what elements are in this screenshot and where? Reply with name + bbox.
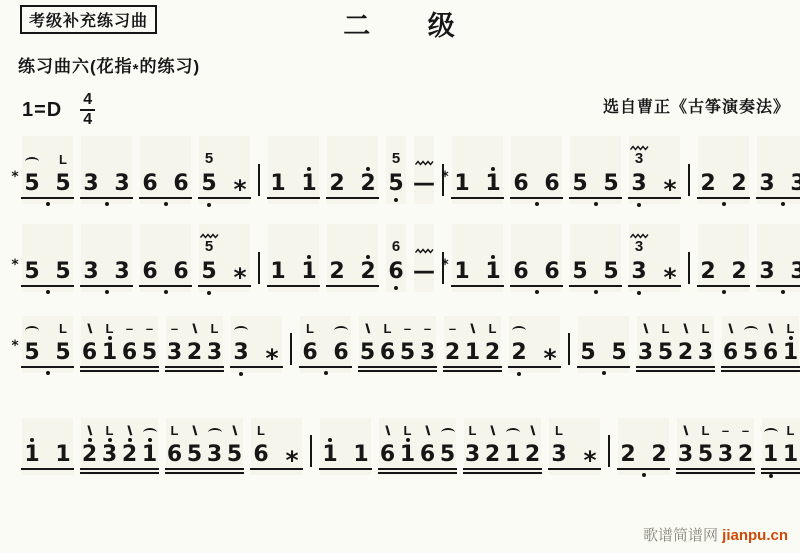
octave-dot-below	[46, 290, 50, 294]
note-digit: 1	[322, 443, 337, 467]
note: \6	[81, 316, 98, 365]
note-group: \2L3\21	[81, 418, 158, 475]
note-annotations: \	[491, 418, 495, 437]
note: –6	[121, 316, 138, 365]
fingering-gou-icon	[334, 326, 348, 335]
barline	[310, 435, 312, 467]
note-digit: 3	[83, 260, 98, 284]
note-digit: 1	[353, 443, 368, 467]
note-group: 33*	[629, 136, 680, 204]
beam-group: 33*	[629, 136, 680, 196]
note: *	[262, 316, 282, 365]
note-annotations: –	[404, 316, 411, 335]
note: 6	[331, 316, 351, 365]
note-digit: 6	[253, 443, 268, 467]
note-group: 5*L5	[22, 316, 73, 373]
note-group: 55	[570, 136, 621, 204]
fingering-gou-icon	[143, 428, 157, 437]
beam-group: 55	[570, 224, 621, 284]
beam-underline	[267, 197, 320, 199]
note-annotations: L	[489, 316, 497, 335]
small-grace-number: 3	[635, 152, 643, 166]
note-digit: 3	[718, 443, 733, 467]
note-group: 1*1	[452, 224, 503, 292]
beam-group: 55	[386, 136, 406, 196]
note-annotations: \	[88, 316, 92, 335]
note-annotations: 6	[392, 224, 400, 254]
note: 1	[483, 224, 503, 284]
octave-dot-below	[324, 371, 328, 375]
small-grace-number: 3	[635, 240, 643, 254]
note: L1	[399, 418, 416, 467]
beam-underline	[139, 285, 192, 287]
note-annotations: \	[426, 418, 430, 437]
beam-underline	[80, 472, 159, 474]
note-digit: 5	[572, 260, 587, 284]
note: 1	[483, 136, 503, 196]
note-digit: 3	[698, 341, 713, 365]
fingering-mo-icon: \	[365, 323, 370, 335]
note-annotations	[143, 418, 157, 437]
beam-group: 11	[320, 418, 371, 467]
note-digit: 2	[511, 341, 526, 365]
fingering-mo-icon: \	[192, 425, 197, 437]
beam-group: \6L1–6–5	[81, 316, 158, 365]
beam-underline	[230, 366, 283, 368]
fingering-tuo-icon: L	[404, 425, 412, 437]
fingering-dash-icon: –	[146, 323, 153, 335]
note: 5*	[22, 316, 42, 365]
note-digit: 2	[731, 172, 746, 196]
note-digit: 3	[631, 260, 646, 284]
fingering-tuo-icon: L	[59, 154, 67, 166]
note-digit: 1	[485, 172, 500, 196]
note: L1	[101, 316, 118, 365]
beam-group: L6\53\5	[166, 418, 243, 467]
note-group: 55*	[199, 136, 250, 204]
note-digit: 1	[783, 341, 798, 365]
fingering-tuo-icon: L	[702, 425, 710, 437]
note: L3	[464, 418, 481, 467]
note-annotations: L	[106, 418, 114, 437]
note-annotations: \	[644, 316, 648, 335]
beam-group: 22	[618, 418, 669, 467]
note-digit: 6	[82, 341, 97, 365]
note: 33	[629, 136, 649, 196]
note-digit: 6	[380, 341, 395, 365]
note-digit: 3	[790, 172, 800, 196]
note: 1	[299, 136, 319, 196]
note: 5*	[22, 224, 42, 284]
note-annotations	[234, 316, 248, 335]
note: 1	[141, 418, 158, 467]
note-digit: 1	[270, 172, 285, 196]
beam-underline	[326, 197, 379, 199]
note: 2	[649, 418, 669, 467]
octave-dot-below	[164, 202, 168, 206]
note-group: \3L5\2L3	[637, 316, 714, 373]
note-annotations	[744, 316, 758, 335]
beam-underline	[617, 468, 670, 470]
beam-underline	[697, 285, 750, 287]
note-digit: 3	[207, 443, 222, 467]
beam-underline	[508, 366, 561, 368]
note-annotations: L	[306, 316, 314, 335]
octave-dot-below	[46, 202, 50, 206]
note-digit: 5	[580, 341, 595, 365]
note: L6	[379, 316, 396, 365]
octave-dot-below	[239, 372, 243, 376]
note: –5	[399, 316, 416, 365]
note: 3	[788, 136, 800, 196]
fingering-tuo-icon: L	[257, 425, 265, 437]
note-digit: 1	[142, 443, 157, 467]
note-digit: 3	[678, 443, 693, 467]
note-digit: 5*	[24, 172, 39, 196]
note: 2	[729, 136, 749, 196]
beam-underline	[463, 472, 542, 474]
note-annotations: 3	[630, 224, 649, 254]
fingering-gou-icon	[25, 157, 39, 166]
measure: 22\3L5–3–21L1\1L211	[612, 418, 800, 475]
note: 3	[81, 136, 101, 196]
beam-underline	[676, 468, 755, 470]
note-group: 22	[327, 136, 378, 204]
note: L5	[697, 418, 714, 467]
beam-underline	[676, 472, 755, 474]
fingering-dash-icon: –	[171, 323, 178, 335]
note: –3	[419, 316, 436, 365]
beam-group: 11	[22, 418, 73, 467]
fingering-mo-icon: \	[470, 323, 475, 335]
octave-dot-below	[207, 203, 211, 207]
note-annotations	[25, 316, 39, 335]
octave-dot-below	[781, 290, 785, 294]
beam-group: \2L3\21	[81, 418, 158, 467]
note-group: 66	[386, 224, 406, 292]
note: –5	[141, 316, 158, 365]
note-group: \5L6–5–3	[359, 316, 436, 373]
note-annotations	[208, 418, 222, 437]
note-digit: 5	[603, 172, 618, 196]
note-digit: 6	[173, 260, 188, 284]
key-signature: 1=D	[22, 99, 62, 122]
note-digit: 3	[207, 341, 222, 365]
note: –2	[444, 316, 461, 365]
note-digit: 3	[420, 341, 435, 365]
note: \2	[524, 418, 541, 467]
note: 5	[578, 316, 598, 365]
note-annotations: \	[88, 418, 92, 437]
fingering-dash-icon: –	[449, 323, 456, 335]
note-digit: 3	[638, 341, 653, 365]
beam-group: 1*1	[452, 224, 503, 284]
note-digit: 5	[440, 443, 455, 467]
measure: 5*L5336655*	[16, 136, 256, 204]
beam-group: 22	[698, 136, 749, 196]
note: \6	[379, 418, 396, 467]
ornament-icon: *	[11, 165, 18, 189]
note-digit: 1	[485, 260, 500, 284]
note-digit: 1	[783, 443, 798, 467]
key-and-meter: 1=D 4 4	[22, 92, 95, 128]
beam-underline	[761, 472, 800, 474]
fingering-mo-icon: \	[683, 323, 688, 335]
time-denominator: 4	[83, 111, 92, 128]
beam-underline	[548, 468, 601, 470]
barline	[258, 252, 260, 284]
note-annotations: 5	[205, 136, 213, 166]
fingering-tuo-icon: L	[702, 323, 710, 335]
octave-dot-below	[602, 371, 606, 375]
time-numerator: 4	[80, 92, 95, 111]
note: –3	[717, 418, 734, 467]
note-group: 33*	[629, 224, 680, 292]
fingering-mo-icon: \	[232, 425, 237, 437]
beam-group: 1L1\1L2	[762, 418, 800, 467]
note: 2	[698, 136, 718, 196]
fingering-mo-icon: \	[87, 323, 92, 335]
note-group: 5*L5	[22, 136, 73, 204]
fingering-mo-icon: \	[683, 425, 688, 437]
beam-group: 1*1	[452, 136, 503, 196]
exercise-subtitle-pre: 练习曲六(花指	[18, 57, 133, 76]
score-line: 5*L5336655*112255—1*1665533*223322—	[16, 136, 790, 204]
note-group: 22	[698, 224, 749, 292]
small-grace-number: 5	[205, 240, 213, 254]
note: \3	[677, 418, 694, 467]
huazhi-flower-icon: *	[133, 61, 140, 78]
note: 2	[358, 224, 378, 284]
fingering-mo-icon: \	[385, 425, 390, 437]
fingering-tuo-icon: L	[384, 323, 392, 335]
note-group: L6*	[251, 418, 302, 475]
dash-note: —	[413, 172, 435, 196]
note-digit: 1	[301, 260, 316, 284]
octave-dot-below	[105, 290, 109, 294]
fingering-gou-icon	[441, 428, 455, 437]
note-group: 11	[320, 418, 371, 475]
beam-group: –3\2L3	[166, 316, 223, 365]
beam-underline	[165, 472, 244, 474]
watermark-url-link[interactable]: jianpu.cn	[722, 527, 788, 544]
note: L5	[53, 136, 73, 196]
note-annotations: \	[193, 418, 197, 437]
note: 2	[698, 224, 718, 284]
note: 55	[199, 136, 219, 196]
note: 3	[757, 224, 777, 284]
note-digit: 3	[83, 172, 98, 196]
beam-group: —	[414, 224, 434, 284]
fingering-gou-icon	[25, 326, 39, 335]
octave-dot-below	[517, 372, 521, 376]
note: 3	[206, 418, 223, 467]
beam-underline	[577, 366, 630, 368]
beam-underline	[80, 366, 159, 368]
beam-group: \65\6L1	[722, 316, 799, 365]
score-line: 11\2L3\21L6\53\5L6*11\6L1\65L3\21\2L3*22…	[16, 418, 790, 475]
fingering-tuo-icon: L	[106, 323, 114, 335]
beam-underline	[761, 468, 800, 470]
note-digit: 3	[233, 341, 248, 365]
beam-group: \5L6–5–3	[359, 316, 436, 365]
note: \5	[226, 418, 243, 467]
note-annotations	[415, 136, 434, 166]
note: \3	[637, 316, 654, 365]
fingering-tuo-icon: L	[489, 323, 497, 335]
fingering-mo-icon: \	[127, 425, 132, 437]
note: 5	[601, 224, 621, 284]
note: 5	[601, 136, 621, 196]
beam-underline	[165, 468, 244, 470]
measure: 223322—	[692, 136, 800, 204]
note-digit: 3	[167, 341, 182, 365]
note: 6	[171, 224, 191, 284]
note-annotations: 5	[200, 224, 219, 254]
note-digit: 2	[485, 341, 500, 365]
tremolo-icon	[415, 160, 434, 166]
beam-underline	[756, 285, 800, 287]
note: L5	[657, 316, 674, 365]
note-digit: 5	[572, 172, 587, 196]
note: 5	[609, 316, 629, 365]
note-annotations: L	[59, 136, 67, 166]
octave-dot-below	[637, 291, 641, 295]
note-digit: 6	[380, 443, 395, 467]
watermark: 歌谱简谱网 jianpu.cn	[643, 524, 788, 545]
measure: 5*L5\6L1–6–5–3\2L33*	[16, 316, 288, 373]
note: *	[660, 136, 680, 196]
note-group: 22	[618, 418, 669, 475]
note-annotations: –	[742, 418, 749, 437]
note: \6	[722, 316, 739, 365]
note-group: 55	[578, 316, 629, 373]
note-digit: 1	[400, 443, 415, 467]
note-digit: 2	[445, 341, 460, 365]
note-annotations: \	[531, 418, 535, 437]
beam-group: 66	[386, 224, 406, 284]
note-annotations	[441, 418, 455, 437]
note-group: 33	[757, 136, 800, 204]
beam-group: 66	[511, 136, 562, 196]
note-group: L66	[300, 316, 351, 373]
note-digit: 5	[55, 260, 70, 284]
note: *	[540, 316, 560, 365]
note-digit: 5	[603, 260, 618, 284]
note-digit: 5	[743, 341, 758, 365]
note-digit: 6	[142, 172, 157, 196]
note: L3	[697, 316, 714, 365]
note-group: 33	[81, 136, 132, 204]
exercise-subtitle: 练习曲六(花指*的练习)	[18, 52, 200, 78]
measure: 11\6L1\65L3\21\2L3*	[314, 418, 606, 475]
beam-underline	[378, 468, 457, 470]
note-digit: 6	[513, 260, 528, 284]
note-digit: 1	[24, 443, 39, 467]
note-group: \65\6L1	[722, 316, 799, 373]
note-annotations: 5	[392, 136, 400, 166]
fingering-tuo-icon: L	[211, 323, 219, 335]
beam-underline	[21, 366, 74, 368]
fingering-tuo-icon: L	[787, 323, 795, 335]
beam-underline	[250, 468, 303, 470]
note-group: –2\1L2	[444, 316, 501, 373]
octave-dot-below	[594, 290, 598, 294]
beam-group: 33*	[629, 224, 680, 284]
note: \2	[484, 418, 501, 467]
note-digit: 5	[227, 443, 242, 467]
beam-underline	[267, 285, 320, 287]
octave-dot-below	[535, 202, 539, 206]
note-group: 1L1\1L2	[762, 418, 800, 475]
note: 3	[757, 136, 777, 196]
note-digit: 1	[505, 443, 520, 467]
note: *	[230, 136, 250, 196]
note-annotations: L	[555, 418, 563, 437]
beam-group: L3*	[549, 418, 600, 467]
beam-underline	[510, 285, 563, 287]
fingering-mo-icon: \	[87, 425, 92, 437]
fingering-dash-icon: –	[404, 323, 411, 335]
beam-group: 33	[81, 136, 132, 196]
beam-underline	[165, 366, 224, 368]
note-annotations: L	[59, 316, 67, 335]
note-digit: 2	[122, 443, 137, 467]
note-annotations: L	[787, 418, 795, 437]
beam-group: 55	[578, 316, 629, 365]
small-grace-number: 5	[392, 152, 400, 166]
ornament-icon: *	[11, 334, 18, 358]
note: 1*	[452, 224, 472, 284]
note-group: \3L5–3–2	[677, 418, 754, 475]
beam-underline	[443, 370, 502, 372]
fingering-mo-icon: \	[425, 425, 430, 437]
beam-underline	[636, 370, 715, 372]
note-digit: 1	[270, 260, 285, 284]
note-digit: 2	[187, 341, 202, 365]
note-annotations: \	[193, 316, 197, 335]
beam-underline	[21, 468, 74, 470]
note-group: L6\53\5	[166, 418, 243, 475]
fingering-tuo-icon: L	[662, 323, 670, 335]
beam-group: 66	[140, 136, 191, 196]
note: 6	[542, 224, 562, 284]
note-digit: 3	[790, 260, 800, 284]
note-annotations: L	[404, 418, 412, 437]
note-digit: 5*	[24, 341, 39, 365]
note-digit: 2	[360, 260, 375, 284]
octave-dot-below	[207, 291, 211, 295]
score-line: 5*5336655*112266—1*1665533*223311—	[16, 224, 790, 292]
octave-dot-below	[722, 290, 726, 294]
beam-group: 22	[327, 136, 378, 196]
note-digit: 6	[167, 443, 182, 467]
note-annotations: L	[211, 316, 219, 335]
measure: 223311—	[692, 224, 800, 292]
note-digit: 6	[173, 172, 188, 196]
note-digit: 5	[611, 341, 626, 365]
barline	[258, 164, 260, 196]
ornament-icon: *	[441, 165, 448, 189]
note: 2	[729, 224, 749, 284]
note-group: 22	[698, 136, 749, 204]
beam-underline	[569, 285, 622, 287]
beam-group: \3L5\2L3	[637, 316, 714, 365]
beam-underline	[636, 366, 715, 368]
note-annotations: L	[384, 316, 392, 335]
note-digit: 6	[388, 260, 403, 284]
beam-underline	[378, 472, 457, 474]
